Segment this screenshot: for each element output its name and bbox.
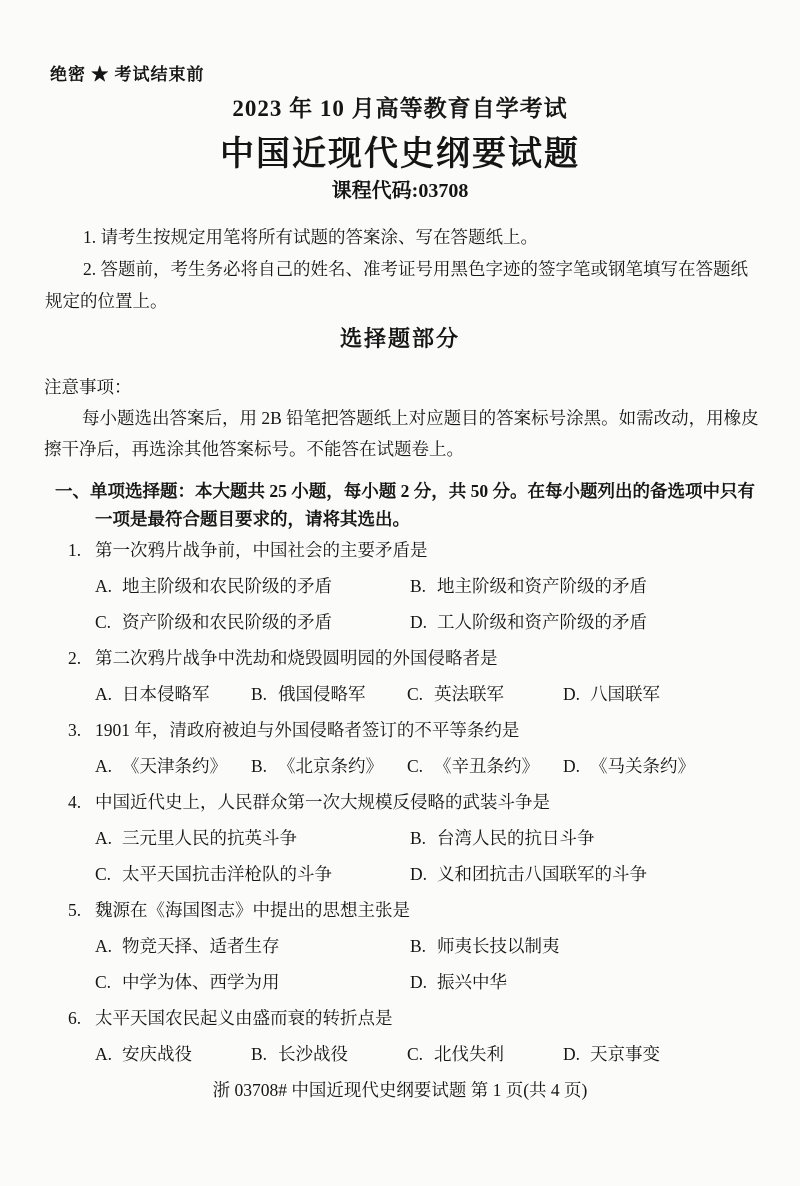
instruction-item: 2. 答题前，考生务必将自己的姓名、准考证号用黑色字迹的签字笔或钢笔填写在答题纸… [45,253,764,317]
option-label: B. [251,1036,278,1072]
option-text: 工人阶级和资产阶级的矛盾 [437,612,647,632]
instruction-item: 1. 请考生按规定用笔将所有试题的答案涂、写在答题纸上。 [45,221,764,253]
secrecy-label: 绝密 ★ 考试结束前 [50,60,205,85]
question-number: 3. [68,712,95,748]
answer-option: D.天京事变 [563,1036,800,1072]
option-text: 《北京条约》 [278,756,383,776]
option-text: 义和团抗击八国联军的斗争 [437,864,647,884]
question-number: 5. [68,892,95,928]
answer-option: A.三元里人民的抗英斗争 [95,820,410,856]
option-label: B. [410,568,437,604]
notice-body: 每小题选出答案后，用 2B 铅笔把答题纸上对应题目的答案标号涂黑。如需改动，用橡… [44,403,764,465]
question: 1.第一次鸦片战争前，中国社会的主要矛盾是 A.地主阶级和农民阶级的矛盾B.地主… [0,532,800,640]
page-title: 中国近现代史纲要试题 [0,126,800,175]
questions-list: 1.第一次鸦片战争前，中国社会的主要矛盾是 A.地主阶级和农民阶级的矛盾B.地主… [0,532,800,1072]
option-label: C. [95,856,122,892]
question: 2.第二次鸦片战争中洗劫和烧毁圆明园的外国侵略者是 A.日本侵略军B.俄国侵略军… [0,640,800,712]
option-label: D. [563,1036,590,1072]
exam-instructions: 1. 请考生按规定用笔将所有试题的答案涂、写在答题纸上。 2. 答题前，考生务必… [45,221,764,317]
option-text: 俄国侵略军 [278,684,366,704]
answer-option: A.安庆战役 [95,1036,251,1072]
answer-option: C.资产阶级和农民阶级的矛盾 [95,604,410,640]
option-text: 物竞天择、适者生存 [122,936,280,956]
option-label: C. [407,1036,434,1072]
answer-option: C.太平天国抗击洋枪队的斗争 [95,856,410,892]
option-label: A. [95,1036,122,1072]
option-text: 八国联军 [590,684,660,704]
option-text: 中学为体、西学为用 [122,972,280,992]
option-text: 太平天国抗击洋枪队的斗争 [122,864,332,884]
option-label: D. [563,748,590,784]
option-label: B. [251,748,278,784]
question-options: A.日本侵略军B.俄国侵略军C.英法联军D.八国联军 [95,676,800,712]
answer-option: A.地主阶级和农民阶级的矛盾 [95,568,410,604]
notice-heading: 注意事项： [44,374,132,399]
question-stem: 中国近代史上，人民群众第一次大规模反侵略的武装斗争是 [95,792,550,812]
question-stem: 太平天国农民起义由盛而衰的转折点是 [95,1008,393,1028]
option-label: C. [407,676,434,712]
answer-option: C.英法联军 [407,676,563,712]
answer-option: C.中学为体、西学为用 [95,964,410,1000]
answer-option: B.师夷长技以制夷 [410,928,800,964]
question-options: A.安庆战役B.长沙战役C.北伐失利D.天京事变 [95,1036,800,1072]
answer-option: B.长沙战役 [251,1036,407,1072]
course-code: 课程代码:03708 [0,174,800,203]
answer-option: B.台湾人民的抗日斗争 [410,820,800,856]
answer-option: D.《马关条约》 [563,748,800,784]
option-text: 北伐失利 [434,1044,504,1064]
question-options: A.地主阶级和农民阶级的矛盾B.地主阶级和资产阶级的矛盾C.资产阶级和农民阶级的… [95,568,800,640]
section-title: 选择题部分 [0,322,800,353]
question-number: 1. [68,532,95,568]
option-text: 天京事变 [590,1044,660,1064]
answer-option: A.物竞天择、适者生存 [95,928,410,964]
question-number: 6. [68,1000,95,1036]
question: 4.中国近代史上，人民群众第一次大规模反侵略的武装斗争是 A.三元里人民的抗英斗… [0,784,800,892]
question-options: A.《天津条约》B.《北京条约》C.《辛丑条约》D.《马关条约》 [95,748,800,784]
part1-heading: 一、单项选择题：本大题共 25 小题，每小题 2 分，共 50 分。在每小题列出… [55,477,766,533]
option-label: C. [95,964,122,1000]
question-stem: 第一次鸦片战争前，中国社会的主要矛盾是 [95,540,428,560]
question: 6.太平天国农民起义由盛而衰的转折点是 A.安庆战役B.长沙战役C.北伐失利D.… [0,1000,800,1072]
answer-option: B.《北京条约》 [251,748,407,784]
option-label: D. [563,676,590,712]
answer-option: C.《辛丑条约》 [407,748,563,784]
option-text: 师夷长技以制夷 [437,936,560,956]
option-label: B. [251,676,278,712]
option-label: A. [95,568,122,604]
option-label: A. [95,748,122,784]
answer-option: D.八国联军 [563,676,800,712]
option-text: 振兴中华 [437,972,507,992]
option-label: C. [407,748,434,784]
option-text: 三元里人民的抗英斗争 [122,828,297,848]
question-stem: 魏源在《海国图志》中提出的思想主张是 [95,900,410,920]
option-text: 《辛丑条约》 [434,756,539,776]
answer-option: D.工人阶级和资产阶级的矛盾 [410,604,800,640]
answer-option: D.义和团抗击八国联军的斗争 [410,856,800,892]
question-number: 2. [68,640,95,676]
exam-paper-page: 绝密 ★ 考试结束前 2023 年 10 月高等教育自学考试 中国近现代史纲要试… [0,0,800,1186]
option-label: B. [410,928,437,964]
question: 3.1901 年，清政府被迫与外国侵略者签订的不平等条约是 A.《天津条约》B.… [0,712,800,784]
question: 5.魏源在《海国图志》中提出的思想主张是 A.物竞天择、适者生存B.师夷长技以制… [0,892,800,1000]
option-text: 安庆战役 [122,1044,192,1064]
answer-option: D.振兴中华 [410,964,800,1000]
answer-option: A.日本侵略军 [95,676,251,712]
exam-session-title: 2023 年 10 月高等教育自学考试 [0,90,800,123]
option-text: 日本侵略军 [122,684,210,704]
option-label: C. [95,604,122,640]
page-footer: 浙 03708# 中国近现代史纲要试题 第 1 页(共 4 页) [0,1077,800,1102]
answer-option: B.地主阶级和资产阶级的矛盾 [410,568,800,604]
option-text: 英法联军 [434,684,504,704]
option-label: D. [410,964,437,1000]
option-label: A. [95,820,122,856]
question-stem: 第二次鸦片战争中洗劫和烧毁圆明园的外国侵略者是 [95,648,498,668]
option-label: B. [410,820,437,856]
answer-option: C.北伐失利 [407,1036,563,1072]
option-text: 地主阶级和农民阶级的矛盾 [122,576,332,596]
option-label: A. [95,676,122,712]
option-text: 资产阶级和农民阶级的矛盾 [122,612,332,632]
option-text: 《马关条约》 [590,756,695,776]
option-label: D. [410,856,437,892]
question-number: 4. [68,784,95,820]
option-text: 长沙战役 [278,1044,348,1064]
option-text: 地主阶级和资产阶级的矛盾 [437,576,647,596]
question-options: A.物竞天择、适者生存B.师夷长技以制夷C.中学为体、西学为用D.振兴中华 [95,928,800,1000]
answer-option: A.《天津条约》 [95,748,251,784]
question-options: A.三元里人民的抗英斗争B.台湾人民的抗日斗争C.太平天国抗击洋枪队的斗争D.义… [95,820,800,892]
answer-option: B.俄国侵略军 [251,676,407,712]
option-label: D. [410,604,437,640]
question-stem: 1901 年，清政府被迫与外国侵略者签订的不平等条约是 [95,720,519,740]
option-text: 《天津条约》 [122,756,227,776]
option-label: A. [95,928,122,964]
option-text: 台湾人民的抗日斗争 [437,828,595,848]
